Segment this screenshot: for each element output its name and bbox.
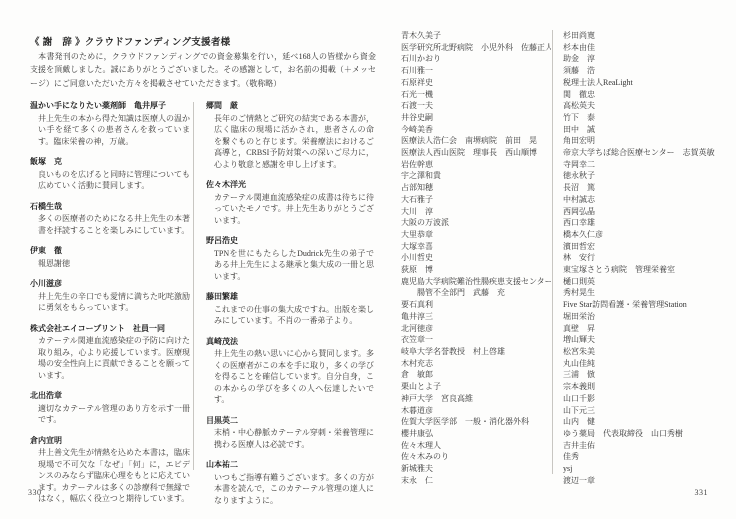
supporter-entry: 伊東 徹 報恩謝徳 (30, 245, 190, 269)
supporter-name: 西口幸雄 (563, 217, 731, 229)
supporter-name: 竹下 泰 (563, 112, 731, 124)
supporter-message: 報恩謝徳 (30, 258, 190, 270)
supporter-name: 助金 淳 (563, 53, 731, 65)
supporters-column-1: 温かい手になりたい薬剤師 亀井厚子 井上先生の本から得た知識は医療人の温かい手を… (30, 100, 190, 514)
supporter-name: 山下元三 (563, 405, 731, 417)
supporter-message: いつもご指導有難うございます。多くの方が本書を読んで，このカテーテル管理の達人に… (206, 472, 374, 507)
page-number-left: 330 (28, 488, 42, 497)
name-list-column-2: 杉田尚寛杉本由佳助金 淳須藤 浩税理士法人ReaLight関 徹忠高松英夫竹下 … (563, 30, 731, 486)
supporter-message: 長年のご情熱とご研究の結実である本書が，広く臨床の現場に活かされ，患者さんの命を… (206, 113, 374, 171)
supporter-entry: 真崎茂法 井上先生の熱い思いに心から賛同します。多くの医療者がこの本を手に取り，… (206, 336, 374, 406)
supporter-name: 井谷史嗣 (401, 112, 551, 124)
supporter-name: 中村誠志 (563, 194, 731, 206)
supporter-name: 山内 健 (563, 416, 731, 428)
supporter-name: 伊東 徹 (30, 245, 190, 257)
supporter-name: 西岡弘晶 (563, 206, 731, 218)
supporter-name: 寺岡幸二 (563, 159, 731, 171)
supporter-name: 飯塚 克 (30, 156, 190, 168)
supporter-name: 樋口則英 (563, 276, 731, 288)
supporter-message: 良いものを広げると同時に管理についても広めていく活動に賛同します。 (30, 169, 190, 192)
supporter-name: 石川雅一 (401, 65, 551, 77)
supporter-name: 野呂浩史 (206, 235, 374, 247)
supporter-name: 渡辺一章 (563, 475, 731, 487)
supporter-name: 真崎茂法 (206, 336, 374, 348)
supporter-name: 佳秀 (563, 451, 731, 463)
supporter-name: 高松英夫 (563, 100, 731, 112)
supporter-name: 今崎美香 (401, 124, 551, 136)
supporters-column-2: 郷間 厳 長年のご情熱とご研究の結実である本書が，広く臨床の現場に活かされ，患者… (206, 100, 374, 515)
supporter-entry: 郷間 厳 長年のご情熱とご研究の結実である本書が，広く臨床の現場に活かされ，患者… (206, 100, 374, 170)
supporter-name: 佐々木みのり (401, 451, 551, 463)
supporter-name: 三浦 倣 (563, 369, 731, 381)
supporter-name: 荻原 博 (401, 264, 551, 276)
supporter-name: 吉井圭佑 (563, 440, 731, 452)
acknowledgment-header: 《 謝 辞 》クラウドファンディング支援者様 (30, 34, 375, 48)
supporter-name: 北出浩章 (30, 390, 190, 402)
supporter-name: 増山輝夫 (563, 334, 731, 346)
supporter-name: Five Star訪問看護・栄養管理Station (563, 299, 731, 311)
supporter-message: 末梢・中心静脈カテーテル穿刺・栄養管理に携わる医療人は必読です。 (206, 427, 374, 450)
supporter-name: 税理士法人ReaLight (563, 77, 731, 89)
supporter-name: 倉 敏郎 (401, 369, 551, 381)
supporter-name: 石川かおり (401, 53, 551, 65)
supporter-name: 占部知穂 (401, 182, 551, 194)
supporter-name: 目黒英二 (206, 415, 374, 427)
supporter-name: 末永 仁 (401, 475, 551, 487)
supporter-entry: 佐々木洋光 カテーテル関連血流感染症の成書は待ちに待っていたモノです。井上先生あ… (206, 179, 374, 226)
supporter-message: 井上先生の辛口でも愛情に満ちた叱咤激励に勇気をもらっています。 (30, 291, 190, 314)
supporter-entry: 北出浩章 適切なカテーテル管理のあり方を示す一冊です。 (30, 390, 190, 426)
supporter-entry: 山本祐二 いつもご指導有難うございます。多くの方が本書を読んで，このカテーテル管… (206, 459, 374, 506)
supporter-name: 佐賀大学医学部 一般・消化器外科 (401, 416, 551, 428)
page-number-right: 331 (695, 488, 709, 497)
supporter-name: 医学研究所北野病院 小児外科 佐藤正人 (401, 42, 551, 54)
supporter-entry: 飯塚 克 良いものを広げると同時に管理についても広めていく活動に賛同します。 (30, 156, 190, 192)
supporter-name: 堀田栄治 (563, 311, 731, 323)
supporter-name: 要石真利 (401, 299, 551, 311)
supporter-name: 石渡一夫 (401, 100, 551, 112)
supporter-name: 大塚幸喜 (401, 241, 551, 253)
intro-paragraph: 本書発刊のために，クラウドファンディングでの資金募集を行い，延べ168人の皆様か… (30, 50, 376, 90)
supporter-name: 大川 淳 (401, 206, 551, 218)
supporter-entry: 藤田繁雄 これまでの仕事の集大成ですね。出版を楽しみにしています。不肖の一番弟子… (206, 291, 374, 327)
supporter-name: 長沼 篤 (563, 182, 731, 194)
supporter-name: 須藤 浩 (563, 65, 731, 77)
supporter-name: 大石雅子 (401, 194, 551, 206)
supporter-name: 田中 誠 (563, 124, 731, 136)
supporter-name: 鹿児島大学病院難治性腸疾患支援センター (401, 276, 551, 288)
right-page-column-divider (552, 30, 553, 474)
supporter-name: 新城雅夫 (401, 463, 551, 475)
supporter-name: 青木久美子 (401, 30, 551, 42)
supporter-name: 小川滋彦 (30, 278, 190, 290)
supporter-name: 岩佐幹恵 (401, 159, 551, 171)
supporter-name: 宗本義則 (563, 381, 731, 393)
supporter-message: TPNを世にもたらしたDudrick先生の弟子である井上先生による継承と集大成の… (206, 248, 374, 283)
supporter-message: 多くの医療者のためになる井上先生の本著書を拝読することを楽しみにしています。 (30, 213, 190, 236)
supporter-entry: 石橋生哉 多くの医療者のためになる井上先生の本著書を拝読することを楽しみにしてい… (30, 201, 190, 237)
supporter-name: 衣笠章一 (401, 334, 551, 346)
supporter-name: 関 徹忠 (563, 89, 731, 101)
supporter-name: 北河徳彦 (401, 323, 551, 335)
supporter-name: 医療法人西山医院 理事長 西山順博 (401, 147, 551, 159)
supporter-message: 適切なカテーテル管理のあり方を示す一冊です。 (30, 403, 190, 426)
supporter-name: 佐々木理人 (401, 440, 551, 452)
supporter-name: 温かい手になりたい薬剤師 亀井厚子 (30, 100, 190, 112)
supporter-name: 帝京大学ちば総合医療センター 志賀英敏 (563, 147, 731, 159)
left-page-column-divider (193, 102, 194, 470)
supporter-entry: 小川滋彦 井上先生の辛口でも愛情に満ちた叱咤激励に勇気をもらっています。 (30, 278, 190, 314)
supporter-name: 橋本久仁彦 (563, 229, 731, 241)
supporter-name: 山口千影 (563, 393, 731, 405)
supporter-name: 大阪の万波派 (401, 217, 551, 229)
supporter-name: 真壁 昇 (563, 323, 731, 335)
supporter-name: 倉内宣明 (30, 435, 190, 447)
supporter-name: 杉本由佳 (563, 42, 731, 54)
supporter-name: 石橋生哉 (30, 201, 190, 213)
supporter-name: 秀村晃生 (563, 287, 731, 299)
supporter-name: 徳永秋子 (563, 170, 731, 182)
supporter-name: 山本祐二 (206, 459, 374, 471)
supporter-name: 腸管不全部門 武藤 充 (401, 287, 551, 299)
supporter-name: 岐阜大学名誉教授 村上啓雄 (401, 346, 551, 358)
supporter-name: 大里恭章 (401, 229, 551, 241)
supporter-name: 石原祥史 (401, 77, 551, 89)
supporter-message: 井上先生の熱い思いに心から賛同します。多くの医療者がこの本を手に取り，多くの学び… (206, 348, 374, 406)
supporter-entry: 温かい手になりたい薬剤師 亀井厚子 井上先生の本から得た知識は医療人の温かい手を… (30, 100, 190, 147)
supporter-name: 佐々木洋光 (206, 179, 374, 191)
supporter-entry: 野呂浩史 TPNを世にもたらしたDudrick先生の弟子である井上先生による継承… (206, 235, 374, 282)
supporter-entry: 目黒英二 末梢・中心静脈カテーテル穿刺・栄養管理に携わる医療人は必読です。 (206, 415, 374, 451)
supporter-name: 丸山佳純 (563, 358, 731, 370)
supporter-message: 井上善文先生が情熱を込めた本書は，臨床現場で不可欠な「なぜ」「何」に，エビデンス… (30, 447, 190, 505)
supporter-name: 株式会社エイコープリント 社員一同 (30, 323, 190, 335)
supporter-name: 小川哲史 (401, 252, 551, 264)
supporter-message: 井上先生の本から得た知識は医療人の温かい手を経て多くの患者さんを救っています。臨… (30, 113, 190, 148)
supporter-name: 木村充志 (401, 358, 551, 370)
supporter-name: 東宝塚さとう病院 管理栄養室 (563, 264, 731, 276)
supporter-name: 宇之澤和貴 (401, 170, 551, 182)
supporter-name: 石光一機 (401, 89, 551, 101)
supporter-name: 医療法人浩仁会 南堺病院 前田 晃 (401, 135, 551, 147)
supporter-name: 濱田哲宏 (563, 241, 731, 253)
supporter-name: 木暮道彦 (401, 405, 551, 417)
supporter-name: 亀井淳三 (401, 311, 551, 323)
name-list-column-1: 青木久美子医学研究所北野病院 小児外科 佐藤正人石川かおり石川雅一石原祥史石光一… (401, 30, 551, 486)
supporter-name: 郷間 厳 (206, 100, 374, 112)
supporter-name: 藤田繁雄 (206, 291, 374, 303)
supporter-name: 林 安行 (563, 252, 731, 264)
supporter-name: 角田宏明 (563, 135, 731, 147)
supporter-message: カテーテル関連血流感染症の成書は待ちに待っていたモノです。井上先生ありがとうござ… (206, 192, 374, 227)
supporter-message: これまでの仕事の集大成ですね。出版を楽しみにしています。不肖の一番弟子より。 (206, 304, 374, 327)
supporter-name: 松宮朱美 (563, 346, 731, 358)
supporter-name: ゆう薬局 代表取締役 山口秀樹 (563, 428, 731, 440)
book-spread: 《 謝 辞 》クラウドファンディング支援者様 本書発刊のために，クラウドファンデ… (0, 0, 736, 519)
supporter-name: 神戸大学 宮良高維 (401, 393, 551, 405)
supporter-entry: 株式会社エイコープリント 社員一同 カテーテル関連血流感染症の予防に向けた取り組… (30, 323, 190, 382)
supporter-name: 杉田尚寛 (563, 30, 731, 42)
supporter-entry: 倉内宣明 井上善文先生が情熱を込めた本書は，臨床現場で不可欠な「なぜ」「何」に，… (30, 435, 190, 505)
supporter-name: 櫻井康弘 (401, 428, 551, 440)
supporter-name: ysj (563, 463, 731, 475)
supporter-name: 栗山とよ子 (401, 381, 551, 393)
supporter-message: カテーテル関連血流感染症の予防に向けた取り組み，心より応援しています。医療現場の… (30, 335, 190, 381)
